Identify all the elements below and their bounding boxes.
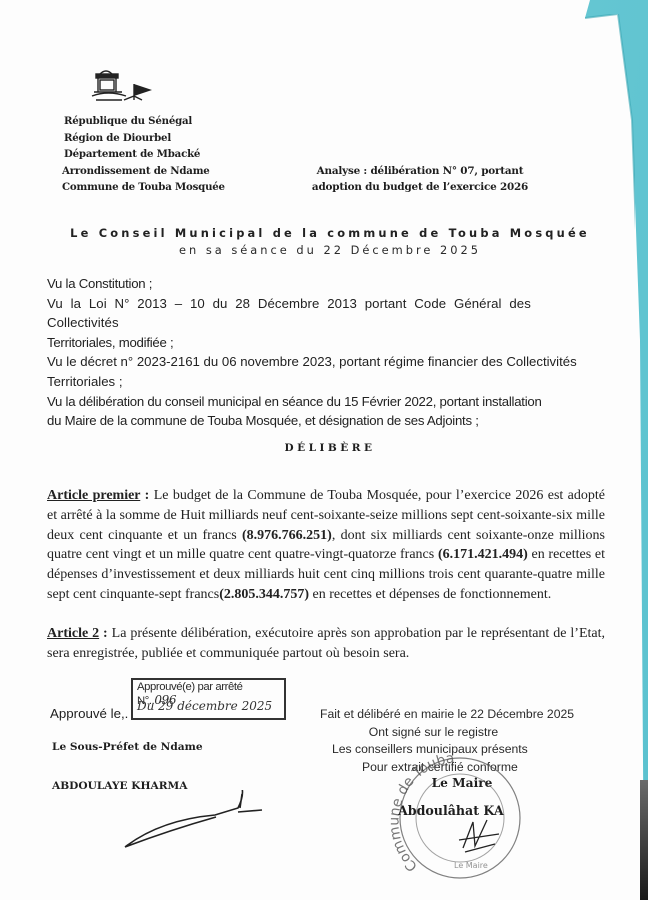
dark-corner: [640, 780, 648, 900]
ont-signe: Ont signé sur le registre: [291, 724, 576, 742]
analyse-line2: adoption du budget de l’exercice 2026: [300, 179, 540, 195]
delibere-heading: DÉLIBÈRE: [30, 442, 630, 454]
approved-on-label: Approuvé le,.: [50, 706, 128, 721]
article-text: en recettes et dépenses de fonctionnemen…: [309, 587, 551, 602]
vus-list: Vu la Constitution ; Vu la Loi N° 2013 –…: [47, 274, 602, 431]
amount-total: (8.976.766.251): [242, 528, 332, 543]
article-sep: :: [140, 488, 153, 503]
header-line: Arrondissement de Ndame: [62, 163, 225, 180]
maire-signature: [455, 818, 505, 858]
maire-title: Le Maire: [382, 776, 542, 790]
header-line: Région de Diourbel: [64, 130, 225, 147]
amount-investment: (6.171.421.494): [438, 547, 528, 562]
administrative-header: République du Sénégal Région de Diourbel…: [64, 113, 225, 196]
article-sep: :: [99, 626, 112, 641]
stamp-date-handwritten: Du 29 décembre 2025: [137, 699, 272, 713]
article-2: Article 2 : La présente délibération, ex…: [47, 624, 605, 664]
extrait-conforme: Pour extrait certifié conforme: [362, 759, 576, 777]
session-date: en sa séance du 22 Décembre 2025: [30, 243, 630, 257]
approval-stamp: Approuvé(e) par arrêté N°..096 Du 29 déc…: [131, 678, 286, 720]
signature-block: Fait et délibéré en mairie le 22 Décembr…: [316, 706, 576, 776]
header-line: Département de Mbacké: [64, 146, 225, 163]
municipal-emblem-logo: [86, 66, 156, 108]
article-text: La présente délibération, exécutoire apr…: [47, 626, 605, 661]
sous-prefet-signature: [120, 790, 270, 850]
vu-item: Vu la délibération du conseil municipal …: [47, 392, 602, 412]
vu-item: Vu la Constitution ;: [47, 274, 602, 294]
vu-item: du Maire de la commune de Touba Mosquée,…: [47, 411, 602, 431]
analyse-block: Analyse : délibération N° 07, portant ad…: [300, 163, 540, 195]
sous-prefet-title: Le Sous-Préfet de Ndame: [52, 741, 203, 753]
vu-item: Territoriales ;: [47, 372, 602, 392]
header-line: Commune de Touba Mosquée: [62, 179, 225, 196]
article-label: Article 2: [47, 626, 99, 641]
amount-operating: (2.805.344.757): [219, 587, 309, 602]
vu-item: Vu la Loi N° 2013 – 10 du 28 Décembre 20…: [47, 294, 602, 333]
article-label: Article premier: [47, 488, 140, 503]
analyse-line1: Analyse : délibération N° 07, portant: [300, 163, 540, 179]
maire-name: Abdoulâhat KA: [398, 803, 504, 818]
vu-item: Vu le décret n° 2023-2161 du 06 novembre…: [47, 352, 602, 372]
fait-delibere: Fait et délibéré en mairie le 22 Décembr…: [320, 706, 576, 724]
article-premier: Article premier : Le budget de la Commun…: [47, 486, 605, 605]
header-line: République du Sénégal: [64, 113, 225, 130]
vu-item: Territoriales, modifiée ;: [47, 333, 602, 353]
council-title: Le Conseil Municipal de la commune de To…: [30, 226, 630, 240]
conseillers-presents: Les conseillers municipaux présents: [332, 741, 576, 759]
